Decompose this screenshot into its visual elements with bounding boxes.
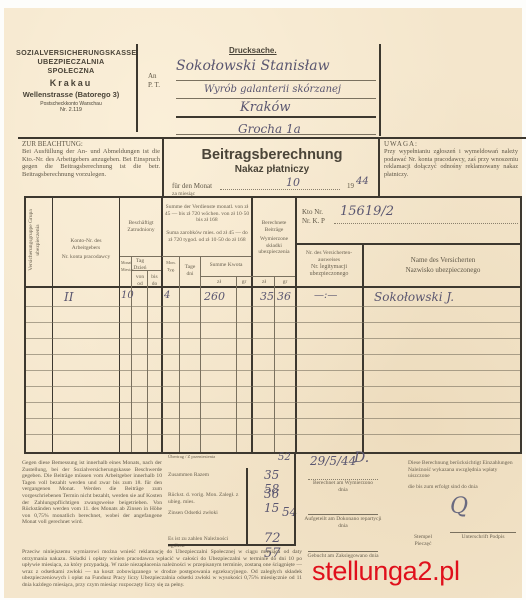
row-divider [296,243,521,245]
address-pt: P. T. [148,81,160,89]
header-month: Monat Miesiąc [121,260,131,273]
summary-bottom [168,544,296,546]
column-divider [251,198,253,452]
cell-contrib-zl: 35 [260,290,274,303]
header-from: von od [133,274,147,287]
row-divider [162,256,251,257]
recipient-name: Sokołowski Stanisław [176,58,330,74]
address-line [176,98,376,99]
cell-name: Sokołowski J. [374,290,454,304]
notice-de-text: Bei Ausfüllung der An- und Abmeldungen i… [22,148,160,178]
calc-label: Berechnet am Wymierzono dnia [308,480,378,493]
sender-block: SOZIALVERSICHERUNGSKASSE UBEZPIECZALNIA … [16,48,126,113]
table-left-border [24,196,26,454]
sender-org-de: SOZIALVERSICHERUNGSKASSE [16,48,126,57]
header-sum-gr: gr [238,279,250,286]
header-week: Mon. Tyg. [163,260,179,273]
document-paper: SOZIALVERSICHERUNGSKASSE UBEZPIECZALNIA … [4,8,522,598]
month-label-de: für den Monat [172,182,212,190]
header-day: Tag Dzień [133,258,147,271]
printed-matter-label: Drucksache. [229,46,277,55]
row-divider [26,418,520,419]
calc-initial: D. [354,450,369,466]
table-row: II 10 4 260 35 36 —:— Sokołowski J. [4,290,522,306]
summary-block: Übertrag / Z przeniesienia 52 Zusammen R… [168,454,298,546]
summary-divider [246,468,248,546]
cell-group: II [64,290,73,304]
calc-date: 29/5/44 [310,454,356,468]
column-divider [119,198,120,452]
column-divider [362,244,364,452]
watermark: stellunga2.pl [312,556,460,587]
summary-divider [294,454,296,546]
account-label-de: Kto Nr. [302,208,323,216]
header-contrib-pl: Wymierzone składki ubezpieczenia [254,236,294,256]
row-divider [120,256,161,257]
legal-text-de: Gegen diese Bemessung ist innerhalb eine… [22,460,162,526]
header-sum-zl: zł [209,279,229,286]
sender-org-pl: UBEZPIECZALNIA SPOŁECZNA [16,57,126,75]
header-insured-no-pl: Nr. legitymacji ubezpieczonego [298,264,360,277]
month-value: 10 [286,176,300,189]
header-days: Tage dni [181,264,199,277]
column-divider [161,198,163,452]
sender-city: Krakau [16,78,126,88]
form-title-de: Beitragsberechnung [172,147,372,163]
table-top-border [24,196,522,198]
header-contrib-zl: zł [256,279,272,286]
notice-de: ZUR BEACHTUNG: Bei Ausfüllung der An- un… [22,140,160,178]
arrears-label: Rückst. d. vorig. Mon. Zaległ. z ubieg. … [168,492,240,505]
stamp-label: Stempel Pieczęć [408,534,438,547]
divider [378,138,380,196]
header-bottom-border [24,286,522,288]
notice-de-title: ZUR BEACHTUNG: [22,140,160,148]
header-sum: Summe Kwota [202,262,250,269]
postal-account-number: Nr. 2.119 [16,107,126,113]
row-divider [26,402,520,403]
header-insured-no: Nr. des Versicherten-ausweises [298,250,360,263]
notice-pl-title: UWAGA: [384,140,518,148]
cell-contrib-gr: 36 [277,290,291,303]
interest-label: Zinsen Odsetki zwłoki [168,510,228,517]
row-divider [26,434,520,435]
header-name: Name des Versicherten [366,256,520,264]
divider [136,44,138,132]
header-contrib: Berechnete Beiträge [254,220,294,233]
column-divider [295,198,297,452]
row-divider [26,322,520,323]
header-employed: Beschäftigt Zatrudniony [122,220,160,233]
header-konto-pl: Nr. konta pracodawcy [56,254,116,261]
form-title-pl: Nakaz płatniczy [172,164,372,175]
address-an: An [148,72,157,80]
row-divider [201,276,295,277]
address-line [176,80,376,81]
year-value: 44 [356,176,369,187]
together-label: Zusammen Razem [168,472,228,479]
address-line [176,116,376,118]
carry-value: 52 [278,452,291,463]
dispatch-label: Aufgeteilt am Dokonano repartycji dnia [302,516,384,529]
year-prefix: 19 [347,182,354,190]
carry-label: Übertrag / Z przeniesienia [168,454,224,461]
booked-line [308,551,378,552]
divider [18,137,526,139]
address-line [176,134,376,135]
cell-sum-zl: 260 [204,290,225,303]
account-field-line [334,222,518,224]
header-to: bis do [148,274,161,287]
table-right-border [520,196,522,454]
until-label: die bis zum erfolgt sind do dnia [408,484,516,491]
month-field-line [220,188,340,190]
cell-days: 4 [164,290,170,301]
row-divider [26,306,520,307]
cell-insured-no: —:— [314,290,337,301]
header-earnings-pl: Suma zarobków mies. od zł 45 — do zł 720… [164,230,250,243]
signature-label: Unterschrift Podpis [450,534,516,541]
row-divider [26,370,520,371]
account-label-pl: Nr. K. P [302,217,325,225]
signature-line [450,532,516,533]
total-label: Es ist zu zahlen Należności ogółem [168,536,240,549]
header-konto: Konto-Nr. des Arbeitgebers [56,238,116,251]
header-name-pl: Nazwisko ubezpieczonego [366,266,520,274]
row-divider [26,354,520,355]
divider [379,44,381,136]
column-divider [52,198,53,452]
cell-month: 10 [121,290,134,301]
notice-pl-text: Przy wypełnianiu zgłoszeń i wymeldowań n… [384,148,518,178]
sender-street: Wellenstrasse (Batorego 3) [16,90,126,99]
payments-note: Diese Berechnung berücksichtigt Einzahlu… [408,460,516,480]
dispatch-line [308,514,378,515]
header-contrib-gr: gr [276,279,294,286]
legal-text-pl: Przeciw niniejszemu wymiarowi można wnie… [22,549,302,589]
row-divider [26,386,520,387]
header-earnings: Summe der Verdienste monatl. von zł 45 —… [164,204,250,224]
header-group: Versicherungsgruppe Grupa ubezpieczenia [28,200,41,280]
recipient-city: Kraków [240,100,291,115]
divider [162,138,164,196]
recipient-business: Wyrób galanterii skórzanej [204,84,341,95]
notice-pl: UWAGA: Przy wypełnianiu zgłoszeń i wymel… [384,140,518,178]
row-divider [26,338,520,339]
account-value: 15619/2 [340,204,394,219]
signature-mark: Q [450,494,468,519]
